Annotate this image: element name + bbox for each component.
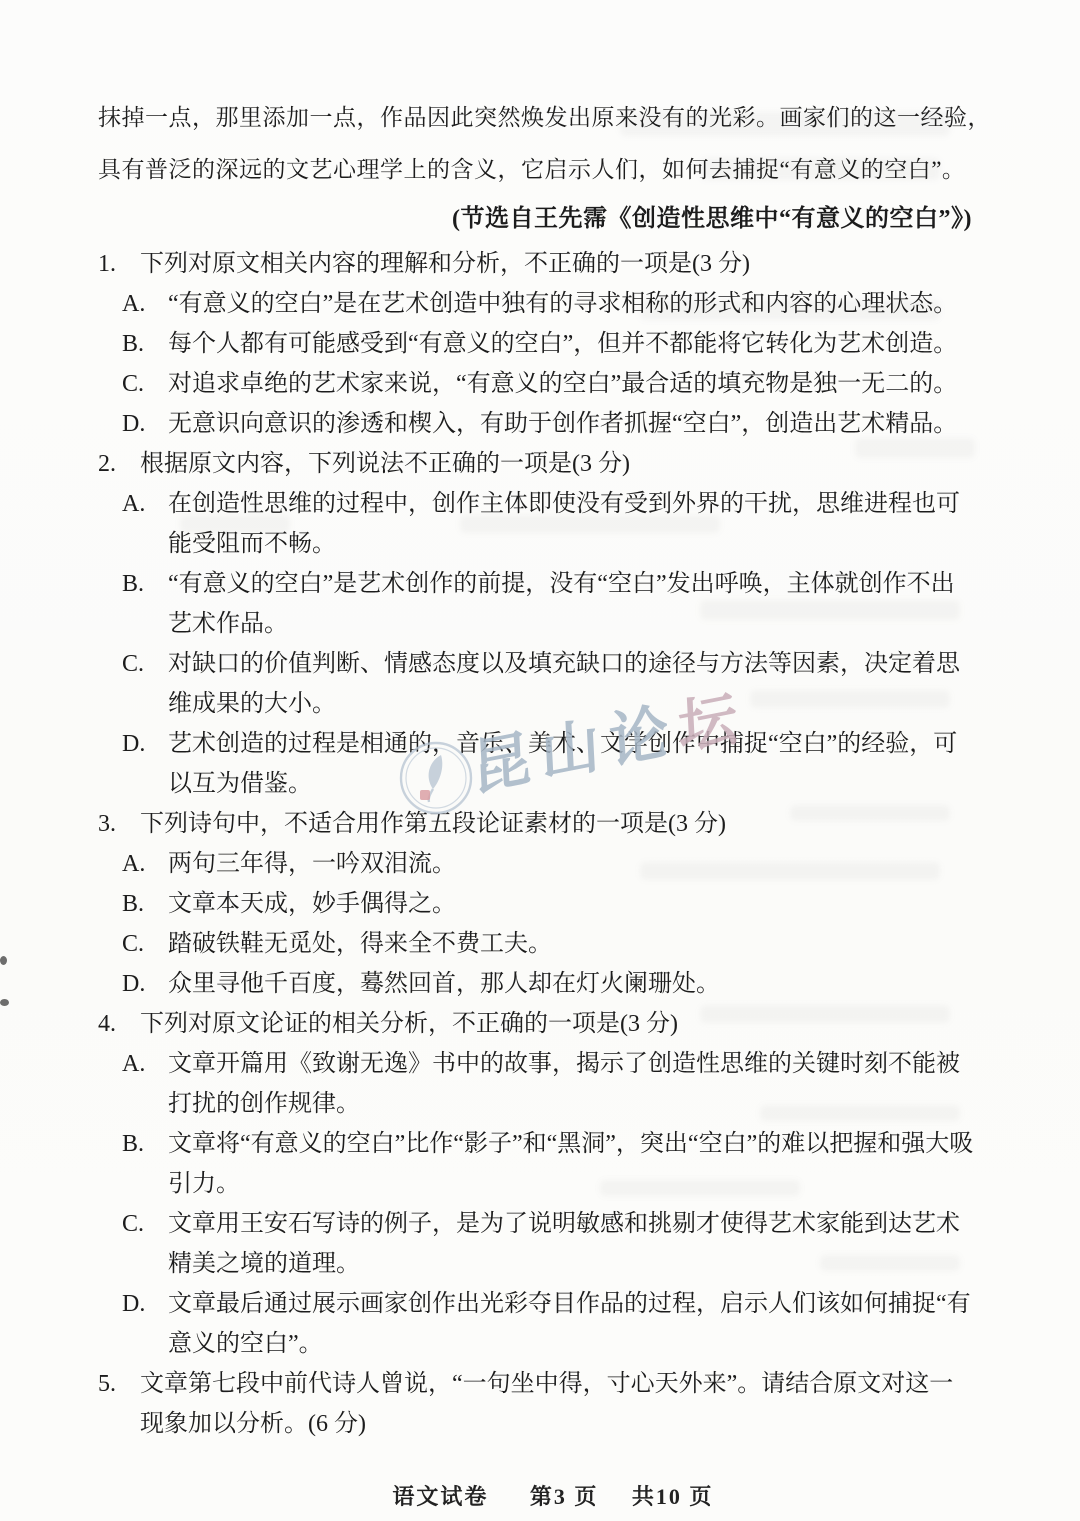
question-number: 1. [98,244,140,284]
option-row-b: B. 每个人都有可能感受到“有意义的空白”，但并不都能将它转化为艺术创造。 [122,324,974,364]
option-text: 文章用王安石写诗的例子，是为了说明敏感和挑剔才使得艺术家能到达艺术精美之境的道理… [168,1204,974,1284]
option-text: “有意义的空白”是在艺术创造中独有的寻求相称的形式和内容的心理状态。 [168,284,974,324]
option-row-d: D. 艺术创造的过程是相通的，音乐、美术、文学创作中捕捉“空白”的经验，可以互为… [122,724,974,804]
scan-mark [0,999,9,1006]
option-row-c: C. 文章用王安石写诗的例子，是为了说明敏感和挑剔才使得艺术家能到达艺术精美之境… [122,1204,974,1284]
option-text: 对缺口的价值判断、情感态度以及填充缺口的途径与方法等因素，决定着思维成果的大小。 [168,644,974,724]
option-label: B. [122,324,168,364]
option-row-a: A. 文章开篇用《致谢无逸》书中的故事，揭示了创造性思维的关键时刻不能被打扰的创… [122,1044,974,1124]
page-footer: 语文试卷 第3 页 共10 页 [392,1480,713,1511]
option-row-b: B. 文章将“有意义的空白”比作“影子”和“黑洞”，突出“空白”的难以把握和强大… [122,1124,974,1204]
passage-line: 抹掉一点，那里添加一点，作品因此突然焕发出原来没有的光彩。画家们的这一经验， [98,92,974,144]
footer-page-number: 第3 页 [530,1480,599,1511]
option-label: B. [122,884,168,924]
question-stem-text: 下列对原文相关内容的理解和分析，不正确的一项是(3 分) [140,244,974,284]
question-4: 4. 下列对原文论证的相关分析，不正确的一项是(3 分) A. 文章开篇用《致谢… [98,1004,974,1364]
option-row-b: B. “有意义的空白”是艺术创作的前提，没有“空白”发出呼唤，主体就创作不出艺术… [122,564,974,644]
option-text: 文章开篇用《致谢无逸》书中的故事，揭示了创造性思维的关键时刻不能被打扰的创作规律… [168,1044,974,1124]
footer-page-total: 共10 页 [632,1480,714,1511]
option-text: 踏破铁鞋无觅处，得来全不费工夫。 [168,924,974,964]
question-2: 2. 根据原文内容，下列说法不正确的一项是(3 分) A. 在创造性思维的过程中… [98,444,974,804]
option-text: 每个人都有可能感受到“有意义的空白”，但并不都能将它转化为艺术创造。 [168,324,974,364]
passage-attribution: (节选自王先霈《创造性思维中“有意义的空白”》) [98,196,974,242]
question-stem: 1. 下列对原文相关内容的理解和分析，不正确的一项是(3 分) [98,244,974,284]
page-content: 抹掉一点，那里添加一点，作品因此突然焕发出原来没有的光彩。画家们的这一经验， 具… [98,92,974,1444]
option-text: 艺术创造的过程是相通的，音乐、美术、文学创作中捕捉“空白”的经验，可以互为借鉴。 [168,724,974,804]
option-row-b: B. 文章本天成，妙手偶得之。 [122,884,974,924]
passage-line: 具有普泛的深远的文艺心理学上的含义，它启示人们，如何去捕捉“有意义的空白”。 [98,144,974,196]
option-text: 众里寻他千百度，蓦然回首，那人却在灯火阑珊处。 [168,964,974,1004]
option-label: B. [122,1124,168,1204]
option-label: C. [122,364,168,404]
option-label: D. [122,404,168,444]
option-text: 文章将“有意义的空白”比作“影子”和“黑洞”，突出“空白”的难以把握和强大吸引力… [168,1124,974,1204]
question-stem-text: 文章第七段中前代诗人曾说，“一句坐中得，寸心天外来”。请结合原文对这一现象加以分… [140,1364,974,1444]
option-row-d: D. 无意识向意识的渗透和楔入，有助于创作者抓握“空白”，创造出艺术精品。 [122,404,974,444]
question-stem-text: 根据原文内容，下列说法不正确的一项是(3 分) [140,444,974,484]
question-number: 5. [98,1364,140,1444]
option-text: 无意识向意识的渗透和楔入，有助于创作者抓握“空白”，创造出艺术精品。 [168,404,974,444]
option-row-c: C. 对缺口的价值判断、情感态度以及填充缺口的途径与方法等因素，决定着思维成果的… [122,644,974,724]
option-row-a: A. “有意义的空白”是在艺术创造中独有的寻求相称的形式和内容的心理状态。 [122,284,974,324]
option-text: 文章本天成，妙手偶得之。 [168,884,974,924]
option-label: D. [122,724,168,804]
option-label: A. [122,484,168,564]
question-stem: 4. 下列对原文论证的相关分析，不正确的一项是(3 分) [98,1004,974,1044]
option-label: D. [122,964,168,1004]
option-label: C. [122,924,168,964]
option-row-d: D. 文章最后通过展示画家创作出光彩夺目作品的过程，启示人们该如何捕捉“有意义的… [122,1284,974,1364]
question-list: 1. 下列对原文相关内容的理解和分析，不正确的一项是(3 分) A. “有意义的… [98,244,974,1444]
exam-page: 抹掉一点，那里添加一点，作品因此突然焕发出原来没有的光彩。画家们的这一经验， 具… [0,0,1080,1521]
option-row-a: A. 两句三年得，一吟双泪流。 [122,844,974,884]
question-1: 1. 下列对原文相关内容的理解和分析，不正确的一项是(3 分) A. “有意义的… [98,244,974,444]
question-number: 2. [98,444,140,484]
option-label: A. [122,284,168,324]
question-5: 5. 文章第七段中前代诗人曾说，“一句坐中得，寸心天外来”。请结合原文对这一现象… [98,1364,974,1444]
option-label: A. [122,844,168,884]
option-row-c: C. 对追求卓绝的艺术家来说，“有意义的空白”最合适的填充物是独一无二的。 [122,364,974,404]
option-label: B. [122,564,168,644]
footer-paper-title: 语文试卷 [392,1480,488,1511]
question-stem-text: 下列诗句中，不适合用作第五段论证素材的一项是(3 分) [140,804,974,844]
option-row-a: A. 在创造性思维的过程中，创作主体即使没有受到外界的干扰，思维进程也可能受阻而… [122,484,974,564]
option-text: 两句三年得，一吟双泪流。 [168,844,974,884]
option-text: “有意义的空白”是艺术创作的前提，没有“空白”发出呼唤，主体就创作不出艺术作品。 [168,564,974,644]
question-stem: 2. 根据原文内容，下列说法不正确的一项是(3 分) [98,444,974,484]
option-row-d: D. 众里寻他千百度，蓦然回首，那人却在灯火阑珊处。 [122,964,974,1004]
option-label: A. [122,1044,168,1124]
question-stem-text: 下列对原文论证的相关分析，不正确的一项是(3 分) [140,1004,974,1044]
question-3: 3. 下列诗句中，不适合用作第五段论证素材的一项是(3 分) A. 两句三年得，… [98,804,974,1004]
option-label: D. [122,1284,168,1364]
option-text: 对追求卓绝的艺术家来说，“有意义的空白”最合适的填充物是独一无二的。 [168,364,974,404]
question-number: 3. [98,804,140,844]
question-number: 4. [98,1004,140,1044]
question-stem: 5. 文章第七段中前代诗人曾说，“一句坐中得，寸心天外来”。请结合原文对这一现象… [98,1364,974,1444]
option-row-c: C. 踏破铁鞋无觅处，得来全不费工夫。 [122,924,974,964]
question-stem: 3. 下列诗句中，不适合用作第五段论证素材的一项是(3 分) [98,804,974,844]
scan-mark [0,956,7,965]
option-text: 文章最后通过展示画家创作出光彩夺目作品的过程，启示人们该如何捕捉“有意义的空白”… [168,1284,974,1364]
option-text: 在创造性思维的过程中，创作主体即使没有受到外界的干扰，思维进程也可能受阻而不畅。 [168,484,974,564]
passage-continuation: 抹掉一点，那里添加一点，作品因此突然焕发出原来没有的光彩。画家们的这一经验， 具… [98,92,974,242]
option-label: C. [122,1204,168,1284]
option-label: C. [122,644,168,724]
